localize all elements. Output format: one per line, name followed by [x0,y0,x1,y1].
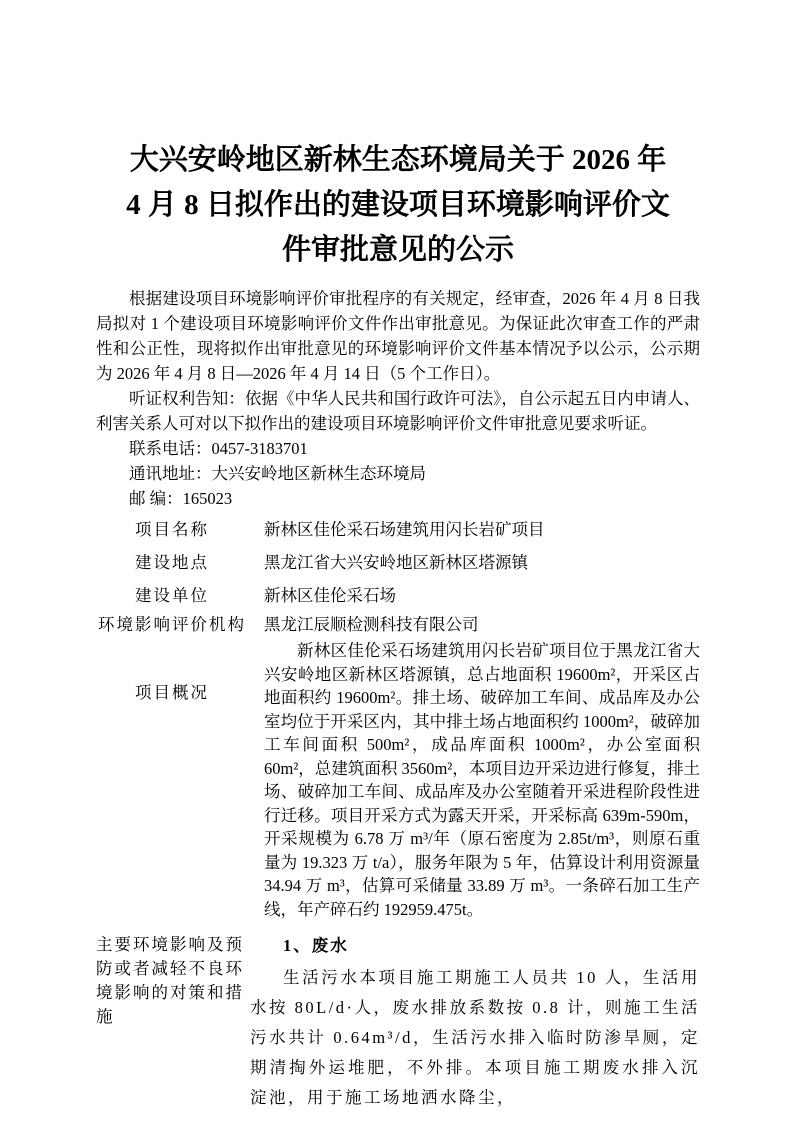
construction-site-value: 黑龙江省大兴安岭地区新林区塔源镇 [248,550,700,575]
intro-paragraph: 根据建设项目环境影响评价审批程序的有关规定，经审查，2026 年 4 月 8 日… [96,286,700,386]
eia-agency-label: 环境影响评价机构 [96,613,248,637]
contact-block: 联系电话：0457-3183701 通讯地址：大兴安岭地区新林生态环境局 邮 编… [96,436,700,511]
contact-postcode-line: 邮 编：165023 [96,486,700,511]
project-name-value: 新林区佳伦采石场建筑用闪长岩矿项目 [248,517,700,542]
project-name-label: 项目名称 [96,518,248,542]
hearing-rights-paragraph: 听证权利告知：依据《中华人民共和国行政许可法》，自公示起五日内申请人、利害关系人… [96,386,700,436]
contact-phone-line: 联系电话：0457-3183701 [96,436,700,461]
title-line-1: 大兴安岭地区新林生态环境局关于 2026 年 [96,138,700,183]
construction-site-label: 建设地点 [96,551,248,575]
contact-postcode-value: 165023 [183,489,233,508]
contact-address-line: 通讯地址：大兴安岭地区新林生态环境局 [96,461,700,486]
document-page: 大兴安岭地区新林生态环境局关于 2026 年 4 月 8 日拟作出的建设项目环境… [0,0,793,1122]
environmental-measures-label: 主要环境影响及预防或者减轻不良环境影响的对策和措施 [96,927,248,1029]
title-line-3: 件审批意见的公示 [96,228,700,273]
table-row: 建设地点 黑龙江省大兴安岭地区新林区塔源镇 [96,546,700,579]
contact-address-value: 大兴安岭地区新林生态环境局 [212,464,427,483]
construction-unit-value: 新林区佳伦采石场 [248,583,700,608]
environmental-measures-row: 主要环境影响及预防或者减轻不良环境影响的对策和措施 1、废水 生活污水本项目施工… [96,927,700,1113]
contact-postcode-label: 邮 编： [129,489,183,508]
project-overview-row: 项目概况 新林区佳伦采石场建筑用闪长岩矿项目位于黑龙江省大兴安岭地区新林区塔源镇… [96,637,700,927]
environmental-measures-cell: 1、废水 生活污水本项目施工期施工人员共 10 人，生活用水按 80L/d·人，… [248,927,700,1113]
project-info-table: 项目名称 新林区佳伦采石场建筑用闪长岩矿项目 建设地点 黑龙江省大兴安岭地区新林… [96,513,700,1113]
table-row: 环境影响评价机构 黑龙江辰顺检测科技有限公司 [96,612,700,637]
project-overview-text: 新林区佳伦采石场建筑用闪长岩矿项目位于黑龙江省大兴安岭地区新林区塔源镇，总占地面… [264,639,700,921]
table-row: 项目名称 新林区佳伦采石场建筑用闪长岩矿项目 [96,513,700,546]
document-title: 大兴安岭地区新林生态环境局关于 2026 年 4 月 8 日拟作出的建设项目环境… [96,138,700,273]
contact-phone-value: 0457-3183701 [212,439,308,458]
table-row: 建设单位 新林区佳伦采石场 [96,579,700,612]
project-overview-label: 项目概况 [96,637,248,705]
eia-agency-value: 黑龙江辰顺检测科技有限公司 [248,612,700,637]
document-content: 大兴安岭地区新林生态环境局关于 2026 年 4 月 8 日拟作出的建设项目环境… [0,0,793,1122]
wastewater-paragraph: 生活污水本项目施工期施工人员共 10 人，生活用水按 80L/d·人，废水排放系… [250,963,700,1113]
project-overview-cell: 新林区佳伦采石场建筑用闪长岩矿项目位于黑龙江省大兴安岭地区新林区塔源镇，总占地面… [248,637,700,927]
wastewater-section-heading: 1、废水 [250,931,700,961]
construction-unit-label: 建设单位 [96,584,248,608]
title-line-2: 4 月 8 日拟作出的建设项目环境影响评价文 [96,183,700,228]
contact-phone-label: 联系电话： [129,439,212,458]
contact-address-label: 通讯地址： [129,464,212,483]
